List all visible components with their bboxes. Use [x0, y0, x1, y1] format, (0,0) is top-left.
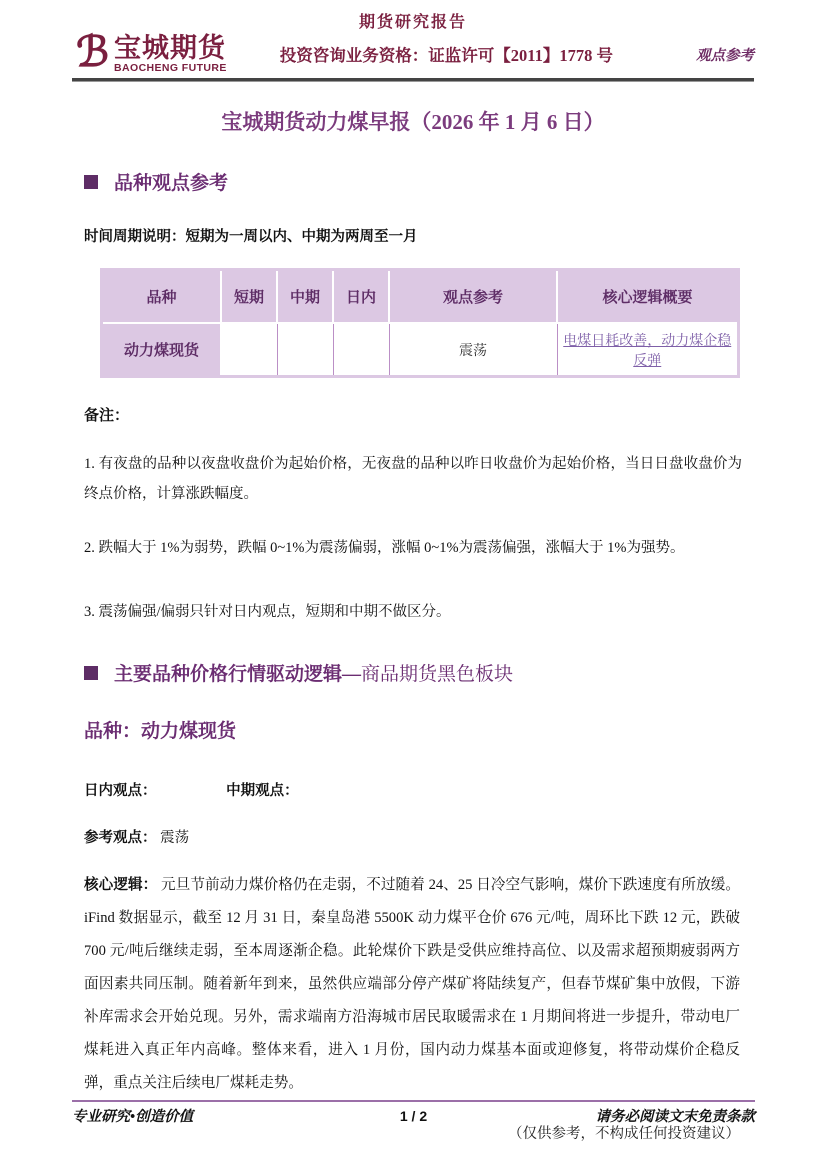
footer-disclaimer-link: 请务必阅读文末免责条款 — [427, 1105, 755, 1126]
footer: 专业研究•创造价值 1 / 2 请务必阅读文末免责条款 — [72, 1105, 755, 1126]
cell-logic-summary: 电煤日耗改善，动力煤企稳反弹 — [557, 323, 739, 377]
cell-short-term — [221, 323, 277, 377]
table-row: 动力煤现货 震荡 电煤日耗改善，动力煤企稳反弹 — [102, 323, 739, 377]
section-bullet-icon — [84, 666, 98, 680]
column-header-short-term: 短期 — [221, 270, 277, 324]
variety-line: 品种：动力煤现货 — [84, 716, 742, 743]
note-item-1: 1. 有夜盘的品种以夜盘收盘价为起始价格，无夜盘的品种以昨日收盘价为起始价格，当… — [84, 449, 742, 509]
core-logic-text: 元旦节前动力煤价格仍在走弱，不过随着 24、25 日冷空气影响，煤价下跌速度有所… — [84, 877, 740, 1091]
column-header-mid-term: 中期 — [277, 270, 333, 324]
reference-view-label: 参考观点： — [84, 830, 157, 846]
baocheng-logo: ℬ 宝城期货 BAOCHENG FUTURE — [76, 34, 227, 74]
column-header-view: 观点参考 — [389, 270, 557, 324]
period-note: 时间周期说明：短期为一周以内、中期为两周至一月 — [84, 225, 742, 246]
logo-text: 宝城期货 BAOCHENG FUTURE — [114, 35, 227, 74]
core-logic-label: 核心逻辑： — [84, 877, 157, 893]
report-page: 期货研究报告 ℬ 宝城期货 BAOCHENG FUTURE 投资咨询业务资格：证… — [0, 0, 826, 1169]
logo-name-cn: 宝城期货 — [114, 35, 227, 62]
table-header-row: 品种 短期 中期 日内 观点参考 核心逻辑概要 — [102, 270, 739, 324]
logo-name-en: BAOCHENG FUTURE — [114, 62, 227, 74]
corner-label: 观点参考 — [696, 44, 754, 65]
baocheng-logo-icon: ℬ — [76, 32, 109, 72]
section-heading-logic-main: 主要品种价格行情驱动逻辑— — [114, 659, 361, 686]
core-logic-link[interactable]: 电煤日耗改善，动力煤企稳反弹 — [563, 334, 731, 369]
section-heading-logic: 主要品种价格行情驱动逻辑— 商品期货黑色板块 — [84, 659, 742, 686]
views-table: 品种 短期 中期 日内 观点参考 核心逻辑概要 动力煤现货 震荡 电煤日耗改善，… — [100, 268, 740, 378]
section-heading-views: 品种观点参考 — [84, 168, 742, 195]
qualification-text: 投资咨询业务资格：证监许可【2011】1778 号 — [227, 42, 696, 66]
cell-mid-term — [277, 323, 333, 377]
note-item-3: 3. 震荡偏强/偏弱只针对日内观点，短期和中期不做区分。 — [84, 597, 742, 627]
notes-label: 备注： — [84, 404, 742, 425]
section-heading-views-label: 品种观点参考 — [114, 168, 228, 195]
core-logic-paragraph: 核心逻辑： 元旦节前动力煤价格仍在走弱，不过随着 24、25 日冷空气影响，煤价… — [84, 869, 740, 1100]
midterm-view-label: 中期观点： — [226, 783, 299, 799]
header-divider — [72, 78, 754, 82]
section-heading-logic-sub: 商品期货黑色板块 — [361, 659, 513, 686]
column-header-intraday: 日内 — [333, 270, 389, 324]
report-type-label: 期货研究报告 — [0, 0, 826, 32]
section-bullet-icon — [84, 175, 98, 189]
reference-view-line: 参考观点： 震荡 — [84, 826, 742, 847]
column-header-logic-summary: 核心逻辑概要 — [557, 270, 739, 324]
footer-slogan: 专业研究•创造价值 — [72, 1105, 400, 1126]
cell-view: 震荡 — [389, 323, 557, 377]
views-line: 日内观点： 中期观点： — [84, 779, 742, 800]
intraday-view-label: 日内观点： — [84, 783, 157, 799]
cell-variety: 动力煤现货 — [102, 323, 222, 377]
note-item-2: 2. 跌幅大于 1%为弱势，跌幅 0~1%为震荡偏弱，涨幅 0~1%为震荡偏强，… — [84, 533, 742, 563]
page-number: 1 / 2 — [400, 1108, 427, 1124]
reference-view-value: 震荡 — [160, 830, 189, 846]
cell-intraday — [333, 323, 389, 377]
page-title: 宝城期货动力煤早报（2026 年 1 月 6 日） — [0, 106, 826, 136]
footer-divider — [72, 1100, 755, 1102]
column-header-variety: 品种 — [102, 270, 222, 324]
header-row: ℬ 宝城期货 BAOCHENG FUTURE 投资咨询业务资格：证监许可【201… — [76, 34, 754, 74]
